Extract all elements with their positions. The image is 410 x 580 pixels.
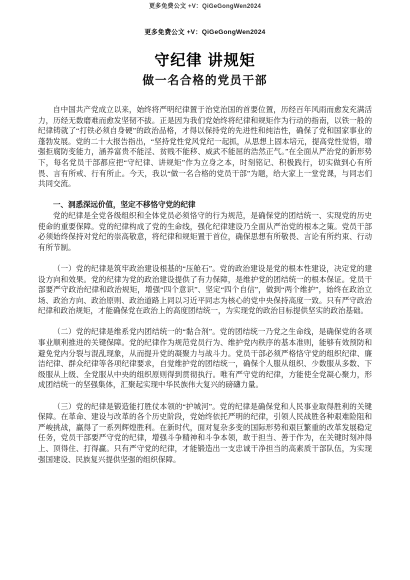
subsection-2-paragraph: （二）党的纪律是维系党内团结统一的“黏合剂”。党的团结统一乃党之生命线，是确保党… <box>38 327 372 391</box>
doc-body: 自中国共产党成立以来，始终将严明纪律置于治党治国的首要位置，历经百年风雨而愈发充… <box>38 105 372 465</box>
subsection-1-paragraph: （一）党的纪律是筑牢政治建设根基的“压舱石”。党的政治建设是党的根本性建设，决定… <box>38 264 372 317</box>
doc-title: 守纪律 讲规矩 <box>0 52 410 69</box>
section-1-heading: 一、洞悉深远价值，坚定不移恪守党的纪律 <box>38 200 372 211</box>
doc-subtitle: 做一名合格的党员干部 <box>0 75 410 88</box>
watermark-line-top: 更多免费公文 +V：QiGeGongWen2024 <box>0 0 410 11</box>
subsection-3-paragraph: （三）党的纪律是锻造能打胜仗本领的“护城河”。党的纪律是确保党和人民事业取得胜利… <box>38 402 372 466</box>
watermark-line-inner: 更多免费公文 +V：QiGeGongWen2024 <box>0 29 410 37</box>
document-page: 更多免费公文 +V：QiGeGongWen2024 更多免费公文 +V：QiGe… <box>0 0 410 580</box>
section-1-intro-paragraph: 党的纪律是全党各级组织和全体党员必须恪守的行为规范，是确保党的团结统一、实现党的… <box>38 211 372 253</box>
intro-paragraph: 自中国共产党成立以来，始终将严明纪律置于治党治国的首要位置，历经百年风雨而愈发充… <box>38 105 372 190</box>
